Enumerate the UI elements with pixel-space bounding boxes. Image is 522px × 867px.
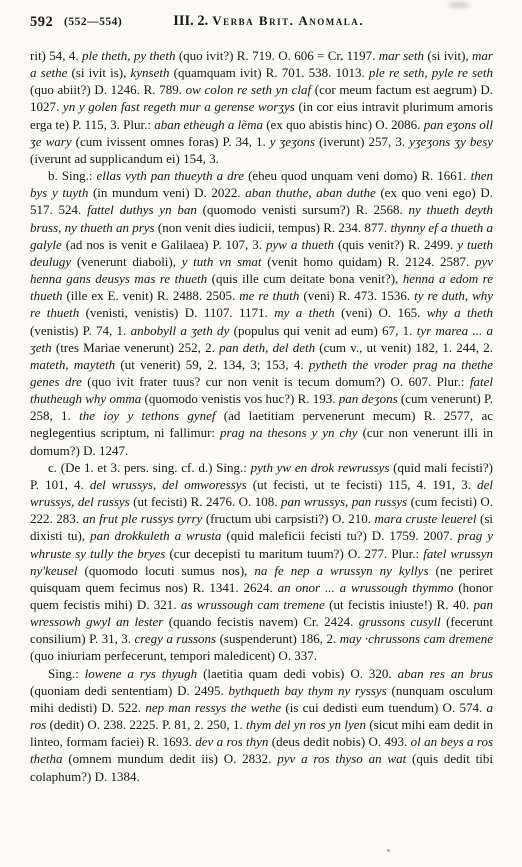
ink-smudge <box>448 2 470 8</box>
running-title-text: Verba Brit. Anomala. <box>212 13 364 28</box>
paragraph-b: b. Sing.: ellas vyth pan thueyth a dre (… <box>30 167 493 459</box>
paragraph-c: c. (De 1. et 3. pers. sing. cf. d.) Sing… <box>30 459 493 665</box>
paragraph-d-sing: Sing.: lowene a rys thyugh (laetitia qua… <box>30 665 493 785</box>
running-title: III. 2. Verba Brit. Anomala. <box>173 12 364 30</box>
folio-range: (552—554) <box>64 16 122 28</box>
running-title-section: III. 2. <box>173 13 208 29</box>
scanned-book-page: 592 (552—554) III. 2. Verba Brit. Anomal… <box>0 0 522 867</box>
page-header: 592 (552—554) III. 2. Verba Brit. Anomal… <box>0 12 522 34</box>
ink-speck <box>387 849 390 852</box>
page-number: 592 <box>30 14 53 31</box>
paragraph-a-continuation: rit) 54, 4. ple theth, py theth (quo ivi… <box>30 47 493 167</box>
text-block: rit) 54, 4. ple theth, py theth (quo ivi… <box>30 47 493 785</box>
